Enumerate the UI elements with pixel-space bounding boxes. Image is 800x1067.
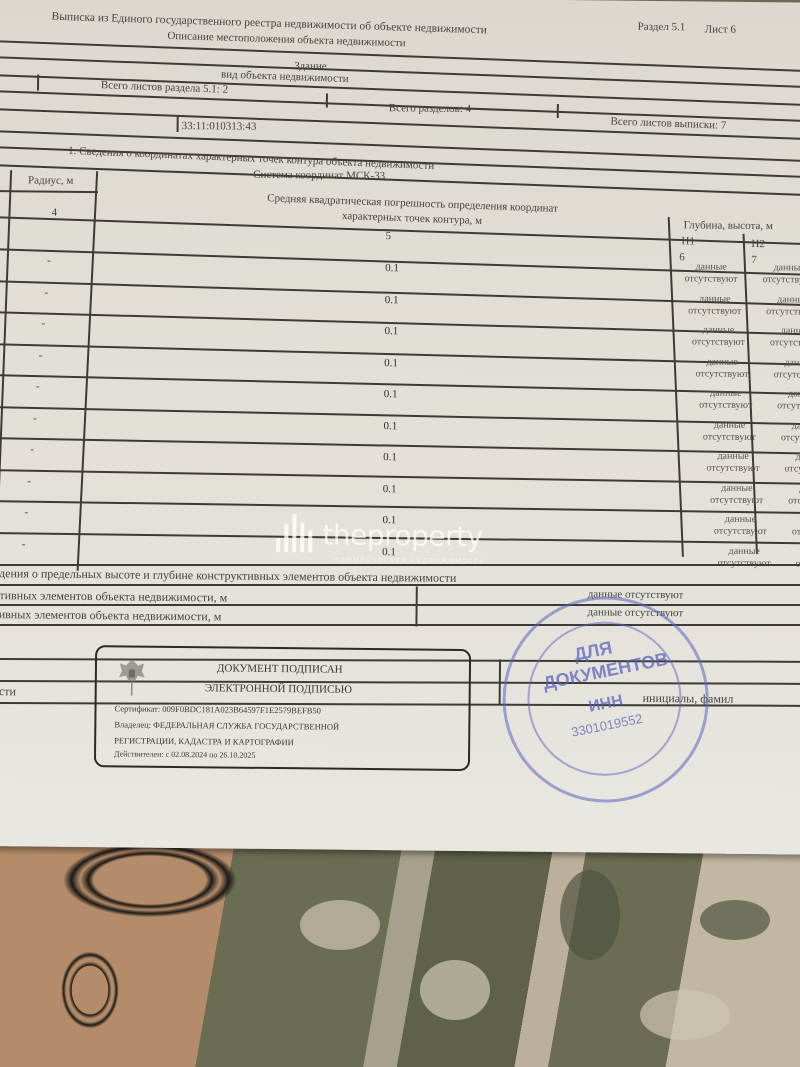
cell-h2: данные отсутствуют	[777, 483, 800, 508]
cell-h1: данные отсутствуют	[684, 356, 760, 381]
cell-error: 0.1	[384, 388, 398, 400]
total-sections: Всего разделов: 4	[389, 102, 471, 115]
cell-h1: данные отсутствуют	[680, 324, 756, 349]
cell-h2: данные отсутствуют	[780, 514, 800, 539]
watermark-tagline: коммерческая недвижимость	[334, 555, 485, 566]
fabric-background	[0, 840, 800, 1067]
document-subtitle: Описание местоположения объекта недвижим…	[167, 30, 406, 49]
signature-owner-line2: РЕГИСТРАЦИИ, КАДАСТРА И КАРТОГРАФИИ	[114, 735, 294, 747]
cell-error: 0.1	[385, 294, 399, 306]
cell-h2: данные отсутствуют	[751, 262, 800, 287]
coordinate-system: Система координат МСК-33	[253, 169, 385, 182]
cell-radius: -	[33, 412, 37, 424]
electronic-signature-box: ДОКУМЕНТ ПОДПИСАН ЭЛЕКТРОННОЙ ПОДПИСЬЮ С…	[94, 645, 471, 771]
coordinates-table: -0.1данные отсутствуютданные отсутствуют…	[0, 0, 800, 3]
cell-h1: данные отсутствуют	[702, 513, 778, 538]
signature-title-line1: ДОКУМЕНТ ПОДПИСАН	[217, 662, 343, 675]
cell-radius: -	[47, 255, 51, 267]
cell-radius: -	[27, 475, 31, 487]
cell-h2: данные отсутствуют	[766, 388, 800, 413]
col-radius-number: 4	[52, 207, 58, 219]
col-h2-header: H2	[751, 238, 765, 250]
cell-h1: данные отсутствуют	[706, 545, 782, 570]
cell-h1: данные отсутствуют	[673, 261, 749, 286]
footer-left-fragment: ости	[0, 684, 16, 699]
cell-radius: -	[30, 443, 34, 455]
signature-owner-line1: Владелец: ФЕДЕРАЛЬНАЯ СЛУЖБА ГОСУДАРСТВЕ…	[114, 719, 339, 731]
limits-row1-label: ктивных элементов объекта недвижимости, …	[0, 588, 227, 605]
cell-h2: данные отсутствуют	[784, 546, 800, 571]
cell-h2: данные отсутствуют	[755, 294, 800, 319]
cell-radius: -	[44, 286, 48, 298]
cell-h2: данные отсутствуют	[758, 325, 800, 350]
cell-h2: данные отсутствуют	[769, 420, 800, 445]
watermark-brand: theproperty	[322, 519, 483, 554]
watermark: theproperty коммерческая недвижимость	[274, 512, 505, 574]
signature-certificate: Сертификат: 009F0BDC181A023B64597F1E2579…	[114, 703, 321, 715]
col-depth-header: Глубина, высота, м	[684, 219, 773, 232]
cell-error: 0.1	[383, 483, 397, 495]
col-h1-header: H1	[681, 235, 695, 247]
cell-error: 0.1	[383, 420, 397, 432]
sheet-label: Лист 6	[705, 23, 736, 35]
signature-validity: Действителен: с 02.08.2024 по 26.10.2025	[114, 749, 256, 759]
cell-h1: данные отсутствуют	[695, 450, 771, 475]
section-label: Раздел 5.1	[638, 21, 686, 33]
cadastral-number: 33:11:010313:43	[182, 120, 257, 133]
cell-error: 0.1	[383, 451, 397, 463]
cell-error: 0.1	[385, 262, 399, 274]
cell-error: 0.1	[384, 325, 398, 337]
mfc-stamp: ДЛЯ ДОКУМЕНТОВ ИНН 3301019552	[484, 578, 727, 821]
cell-radius: -	[22, 538, 26, 550]
coat-of-arms-icon	[117, 655, 147, 699]
cell-h1: данные отсутствуют	[691, 419, 767, 444]
cell-radius: -	[39, 349, 43, 361]
document-page: Выписка из Единого государственного реес…	[0, 0, 800, 855]
cell-h1: данные отсутствуют	[677, 293, 753, 318]
cell-h1: данные отсутствуют	[688, 387, 764, 412]
watermark-logo-icon	[274, 512, 318, 552]
cell-radius: -	[36, 381, 40, 393]
col-radius-header: Радиус, м	[28, 174, 73, 186]
signature-title-line2: ЭЛЕКТРОННОЙ ПОДПИСЬЮ	[205, 682, 352, 696]
col-error-number: 5	[385, 230, 391, 242]
cell-error: 0.1	[384, 357, 398, 369]
cell-h1: данные отсутствуют	[699, 482, 775, 507]
cell-radius: -	[41, 318, 45, 330]
cell-radius: -	[25, 506, 29, 518]
limits-row2-label: тивных элементов объекта недвижимости, м	[0, 607, 221, 624]
cell-h2: данные отсутствуют	[762, 357, 800, 382]
cell-h2: данные отсутствуют	[773, 451, 800, 476]
